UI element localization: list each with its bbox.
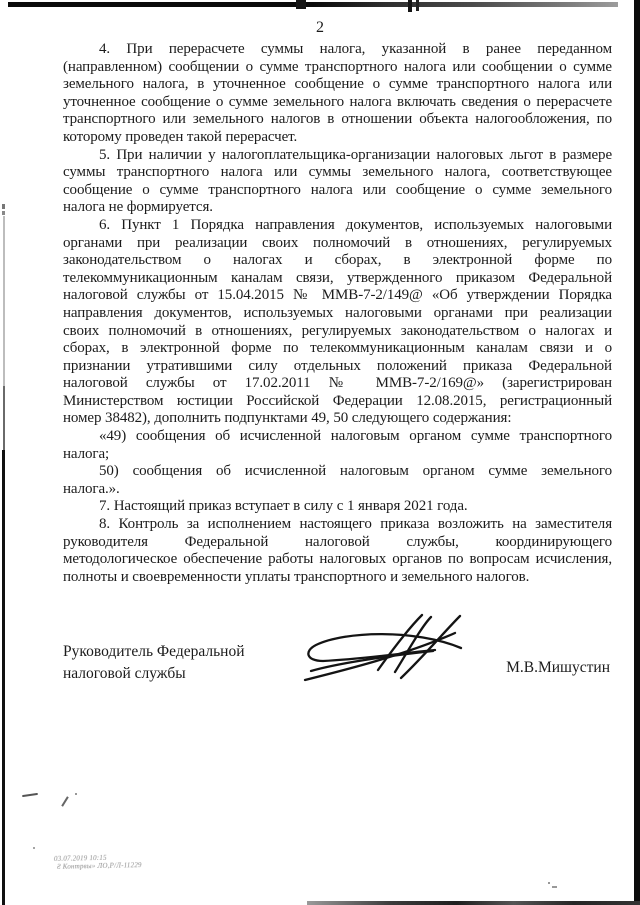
- document-line: номер 38482), дополнить подпунктами 49, …: [63, 410, 612, 428]
- document-line: телекоммуникационным каналам связи, утве…: [63, 270, 612, 288]
- document-line: 50) сообщения об исчисленной налоговым о…: [63, 463, 612, 481]
- scan-stamp: 03.07.2019 10:15 Ƨ Контрвы» ЛО,Р/Л-11229: [54, 853, 142, 871]
- scan-speck: [548, 882, 550, 884]
- document-line: налога.».: [63, 481, 612, 499]
- scan-speck: [61, 796, 69, 806]
- signatory-title-line: налоговой службы: [63, 663, 245, 685]
- document-line: суммы транспортного налога или суммы зем…: [63, 164, 612, 182]
- scan-speck: [552, 886, 557, 888]
- document-line: которому проведен такой перерасчет.: [63, 129, 612, 147]
- document-line: «49) сообщения об исчисленной налоговым …: [63, 428, 612, 446]
- document-line: 7. Настоящий приказ вступает в силу с 1 …: [63, 498, 612, 516]
- document-line: органами при реализации своих полномочий…: [63, 235, 612, 253]
- scan-speck: [75, 793, 77, 795]
- signatory-name: М.В.Мишустин: [506, 659, 610, 677]
- document-line: 5. При наличии у налогоплательщика-орган…: [63, 147, 612, 165]
- page-number: 2: [0, 19, 640, 37]
- document-line: налога не формируется.: [63, 199, 612, 217]
- scan-artifact-bottom-edge: [307, 901, 640, 905]
- document-line: сборах, в электронной форме по телекомму…: [63, 340, 612, 358]
- document-line: сообщение о сумме транспортного налога и…: [63, 182, 612, 200]
- document-line: законодательством о налогах и сборах, в …: [63, 252, 612, 270]
- scan-artifact-tick: [296, 0, 306, 9]
- document-line: налога;: [63, 446, 612, 464]
- handwritten-signature-icon: [283, 608, 493, 708]
- document-line: (направленном) сообщении о сумме транспо…: [63, 59, 612, 77]
- document-line: своих полномочий в отношениях, регулируе…: [63, 323, 612, 341]
- document-line: Министерством юстиции Российской Федерац…: [63, 393, 612, 411]
- document-line: 4. При перерасчете суммы налога, указанн…: [63, 41, 612, 59]
- document-body: 4. При перерасчете суммы налога, указанн…: [63, 41, 612, 586]
- document-line: уточненное сообщение о сумме земельного …: [63, 94, 612, 112]
- scan-stamp-code: Ƨ Контрвы» ЛО,Р/Л-11229: [57, 861, 142, 871]
- document-page: 2 4. При перерасчете суммы налога, указа…: [0, 0, 640, 905]
- document-line: транспортного или земельного налогов в о…: [63, 111, 612, 129]
- scan-artifact-left-edge: [2, 450, 5, 905]
- scan-artifact-left-edge: [2, 204, 5, 209]
- document-line: признании утратившими силу отдельных пол…: [63, 358, 612, 376]
- document-line: методологическое обеспечение работы нало…: [63, 551, 612, 569]
- document-line: направления документов, используемых нал…: [63, 305, 612, 323]
- scan-artifact-right-edge: [634, 0, 640, 905]
- document-line: 6. Пункт 1 Порядка направления документо…: [63, 217, 612, 235]
- scan-artifact-left-edge: [3, 386, 5, 450]
- scan-artifact-left-edge: [2, 211, 5, 215]
- scan-artifact-tick: [416, 0, 419, 11]
- scan-artifact-tick: [408, 0, 412, 12]
- document-line: земельного налога, в уточненное сообщени…: [63, 76, 612, 94]
- document-line: полноты и своевременности уплаты транспо…: [63, 569, 612, 587]
- signatory-title: Руководитель Федеральной налоговой служб…: [63, 641, 245, 684]
- scan-speck: [33, 847, 35, 849]
- document-line: руководителя Федеральной налоговой служб…: [63, 534, 612, 552]
- document-line: 8. Контроль за исполнением настоящего пр…: [63, 516, 612, 534]
- signatory-title-line: Руководитель Федеральной: [63, 641, 245, 663]
- scan-speck: [22, 793, 38, 797]
- scan-artifact-left-edge: [3, 216, 5, 386]
- document-line: налоговой службы от 15.04.2015 № ММВ-7-2…: [63, 287, 612, 305]
- scan-artifact-top-edge: [8, 2, 618, 7]
- document-line: налоговой службы от 17.02.2011 № ММВ-7-2…: [63, 375, 612, 393]
